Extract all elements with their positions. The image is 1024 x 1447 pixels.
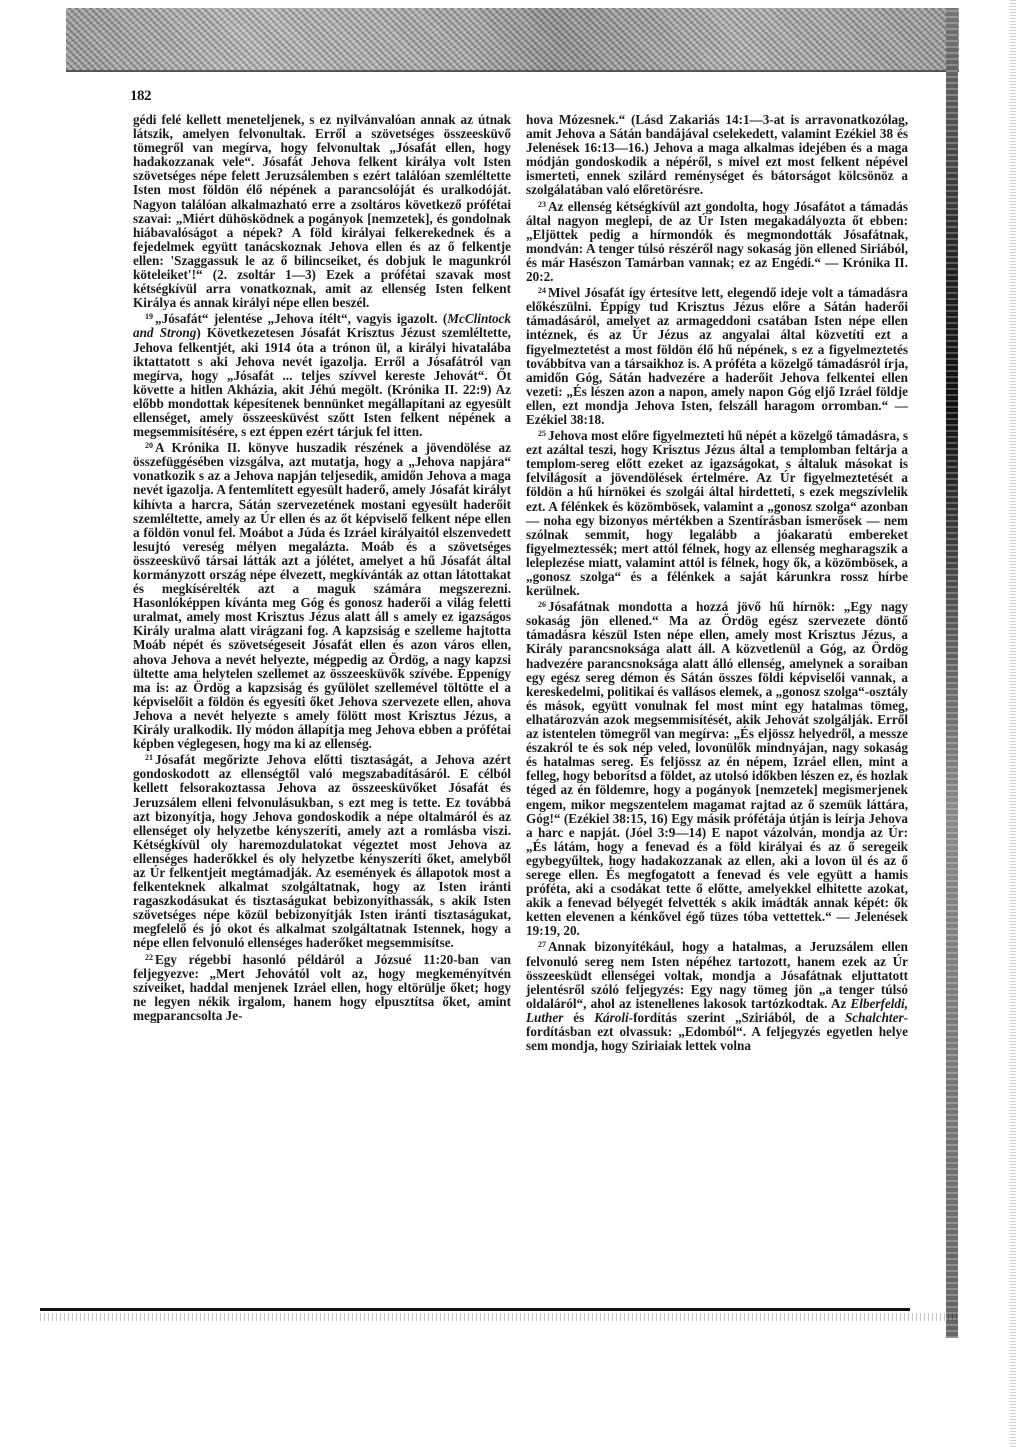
left-column: gédi felé kellett meneteljenek, s ez nyi… — [133, 113, 511, 1023]
paragraph-text: Jehova most előre figyelmezteti hű népét… — [526, 428, 908, 598]
paragraph-text: -fordítás szerint „Sziriából, de a — [629, 1010, 845, 1025]
scan-artifact-top-band — [66, 8, 959, 72]
paragraph-continuation: gédi felé kellett meneteljenek, s ez nyi… — [133, 113, 511, 310]
bible-translation-name: Schalchter — [845, 1010, 904, 1025]
paragraph-number: 20 — [145, 441, 153, 450]
right-column: hova Mózesnek.“ (Lásd Zakariás 14:1—3-at… — [526, 113, 908, 1053]
paragraph-text: A Krónika II. könyve huszadik részének a… — [133, 440, 511, 751]
scan-artifact-bottom-noise — [40, 1313, 960, 1321]
paragraph-23: 23Az ellenség kétségkívül azt gondolta, … — [526, 198, 908, 285]
paragraph-19: 19„Jósafát“ jelentése „Jehova ítélt“, va… — [133, 310, 511, 439]
paragraph-number: 23 — [538, 200, 546, 209]
paragraph-25: 25Jehova most előre figyelmezteti hű nép… — [526, 427, 908, 598]
paragraph-text: Jósafát megőrizte Jehova előtti tisztasá… — [133, 752, 511, 950]
paragraph-24: 24Mivel Jósafát így értesítve lett, eleg… — [526, 284, 908, 427]
paragraph-text: Egy régebbi hasonló példáról a Józsué 11… — [133, 952, 511, 1023]
paragraph-text: és — [563, 1010, 594, 1025]
scan-artifact-outer-edge — [1010, 0, 1016, 1447]
paragraph-text: Jósafátnak mondotta a hozzá jövő hű hírn… — [526, 599, 908, 938]
paragraph-text: Mivel Jósafát így értesítve lett, elegen… — [526, 285, 908, 427]
paragraph-21: 21Jósafát megőrizte Jehova előtti tiszta… — [133, 751, 511, 950]
page-number: 182 — [130, 88, 151, 105]
paragraph-number: 27 — [538, 940, 546, 949]
paragraph-number: 21 — [145, 753, 153, 762]
paragraph-27: 27Annak bizonyítékául, hogy a hatalmas, … — [526, 938, 908, 1053]
bible-translation-name: Károli — [594, 1010, 628, 1025]
paragraph-20: 20A Krónika II. könyve huszadik részének… — [133, 439, 511, 751]
paragraph-number: 22 — [145, 953, 153, 962]
paragraph-22: 22Egy régebbi hasonló példáról a Józsué … — [133, 951, 511, 1023]
paragraph-number: 25 — [538, 429, 546, 438]
paragraph-number: 26 — [538, 600, 546, 609]
paragraph-number: 24 — [538, 286, 546, 295]
scan-artifact-bottom-rule — [40, 1308, 910, 1311]
paragraph-26: 26Jósafátnak mondotta a hozzá jövő hű hí… — [526, 598, 908, 938]
paragraph-continuation: hova Mózesnek.“ (Lásd Zakariás 14:1—3-at… — [526, 113, 908, 198]
paragraph-text: Az ellenség kétségkívül azt gondolta, ho… — [526, 199, 908, 284]
scan-artifact-right-edge — [946, 8, 958, 1338]
paragraph-number: 19 — [145, 312, 153, 321]
paragraph-text: „Jósafát“ jelentése „Jehova ítélt“, vagy… — [155, 311, 447, 326]
paragraph-text: ) Következetesen Jósafát Krisztus Jézust… — [133, 325, 511, 439]
